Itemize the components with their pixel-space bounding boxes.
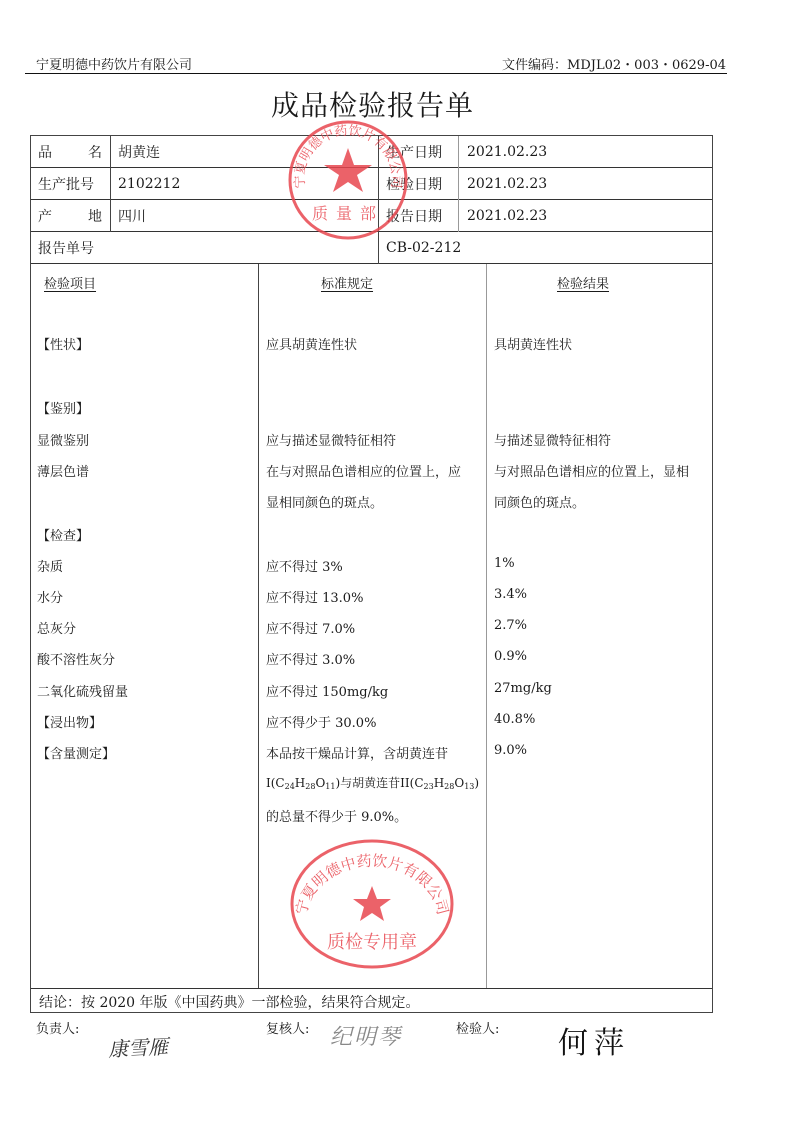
standard-microscopic: 应与描述显微特征相符 xyxy=(266,430,396,449)
formula-part: H xyxy=(295,776,305,790)
label-char: 产 xyxy=(38,206,52,226)
result-tlc-line2: 同颜色的斑点。 xyxy=(494,492,585,511)
product-name-label: 品 名 xyxy=(31,136,110,167)
item-inspection: 【检查】 xyxy=(37,525,89,544)
batch-value: 2102212 xyxy=(111,168,378,199)
formula-subscript: 28 xyxy=(444,782,454,791)
formula-part: H xyxy=(434,776,444,790)
responsible-label: 负责人: xyxy=(36,1018,79,1037)
result-impurity: 1% xyxy=(494,556,515,571)
result-tlc-line1: 与对照品色谱相应的位置上，显相 xyxy=(494,461,689,480)
item-total-ash: 总灰分 xyxy=(37,618,76,637)
formula-subscript: 23 xyxy=(424,782,434,791)
standard-so2-residue: 应不得过 150mg/kg xyxy=(266,681,388,700)
label-char: 地 xyxy=(88,206,102,226)
label-char: 名 xyxy=(88,142,102,162)
result-moisture: 3.4% xyxy=(494,587,527,602)
report-date-value: 2021.02.23 xyxy=(460,200,712,231)
result-total-ash: 2.7% xyxy=(494,618,527,633)
item-tlc: 薄层色谱 xyxy=(37,461,89,480)
column-header-item: 检验项目 xyxy=(44,273,96,292)
item-moisture: 水分 xyxy=(37,587,63,606)
standard-assay-line3: 的总量不得少于 9.0%。 xyxy=(266,806,407,825)
formula-subscript: 13 xyxy=(464,782,474,791)
column-header-result: 检验结果 xyxy=(557,273,609,292)
standard-tlc-line1: 在与对照品色谱相应的位置上，应 xyxy=(266,461,461,480)
item-impurity: 杂质 xyxy=(37,556,63,575)
document-code: 文件编码：MDJL02・003・0629-04 xyxy=(502,54,726,73)
item-so2-residue: 二氧化硫残留量 xyxy=(37,681,128,700)
company-name: 宁夏明德中药饮片有限公司 xyxy=(36,54,192,73)
inspector-label: 检验人: xyxy=(456,1018,499,1037)
formula-subscript: 28 xyxy=(305,782,315,791)
column-header-standard: 标准规定 xyxy=(321,273,373,292)
formula-part: O xyxy=(315,776,325,790)
production-date-label: 生产日期 xyxy=(379,136,458,167)
result-appearance: 具胡黄连性状 xyxy=(494,334,572,353)
origin-label: 产 地 xyxy=(31,200,110,231)
product-name-value: 胡黄连 xyxy=(111,136,378,167)
report-no-value: CB-02-212 xyxy=(379,232,712,263)
inspection-date-label: 检验日期 xyxy=(379,168,458,199)
responsible-signature: 康雪雁 xyxy=(107,1030,168,1062)
standard-acid-insoluble-ash: 应不得过 3.0% xyxy=(266,649,355,668)
formula-subscript: 11 xyxy=(325,782,335,791)
conclusion: 结论：按 2020 年版《中国药典》一部检验，结果符合规定。 xyxy=(39,992,420,1012)
reviewer-signature: 纪明琴 xyxy=(330,1020,402,1051)
col-divider xyxy=(258,264,259,988)
standard-tlc-line2: 显相同颜色的斑点。 xyxy=(266,492,383,511)
origin-value: 四川 xyxy=(111,200,378,231)
standard-appearance: 应具胡黄连性状 xyxy=(266,334,357,353)
result-so2-residue: 27mg/kg xyxy=(494,681,552,696)
result-acid-insoluble-ash: 0.9% xyxy=(494,649,527,664)
batch-label: 生产批号 xyxy=(31,168,110,199)
reviewer-label: 复核人: xyxy=(266,1018,309,1037)
result-microscopic: 与描述显微特征相符 xyxy=(494,430,611,449)
production-date-value: 2021.02.23 xyxy=(460,136,712,167)
row-divider xyxy=(31,263,712,264)
inspector-signature: 何萍 xyxy=(558,1018,630,1062)
formula-subscript: 24 xyxy=(285,782,295,791)
header-divider xyxy=(25,73,727,74)
formula-part: I(C xyxy=(266,776,285,790)
result-extract: 40.8% xyxy=(494,712,535,727)
standard-total-ash: 应不得过 7.0% xyxy=(266,618,355,637)
item-microscopic: 显微鉴别 xyxy=(37,430,89,449)
col-divider xyxy=(458,136,459,232)
report-no-label: 报告单号 xyxy=(31,232,378,263)
standard-extract: 应不得少于 30.0% xyxy=(266,712,376,731)
standard-assay-line1: 本品按干燥品计算，含胡黄连苷 xyxy=(266,743,448,762)
item-identification: 【鉴别】 xyxy=(37,398,89,417)
formula-part: )与胡黄连苷II(C xyxy=(335,776,423,790)
item-assay: 【含量测定】 xyxy=(37,743,115,762)
formula-part: O xyxy=(454,776,464,790)
formula-part: ) xyxy=(474,776,479,790)
col-divider xyxy=(486,264,487,988)
label-char: 品 xyxy=(38,142,52,162)
standard-impurity: 应不得过 3% xyxy=(266,556,343,575)
item-extract: 【浸出物】 xyxy=(37,712,102,731)
item-appearance: 【性状】 xyxy=(37,334,89,353)
page-title: 成品检验报告单 xyxy=(0,84,745,124)
report-table: 品 名 胡黄连 生产日期 2021.02.23 生产批号 2102212 检验日… xyxy=(30,135,713,1013)
item-acid-insoluble-ash: 酸不溶性灰分 xyxy=(37,649,115,668)
standard-assay-line2: I(C24H28O11)与胡黄连苷II(C23H28O13) xyxy=(266,774,479,791)
row-divider xyxy=(31,988,712,989)
standard-moisture: 应不得过 13.0% xyxy=(266,587,363,606)
result-assay: 9.0% xyxy=(494,743,527,758)
report-date-label: 报告日期 xyxy=(379,200,458,231)
inspection-date-value: 2021.02.23 xyxy=(460,168,712,199)
